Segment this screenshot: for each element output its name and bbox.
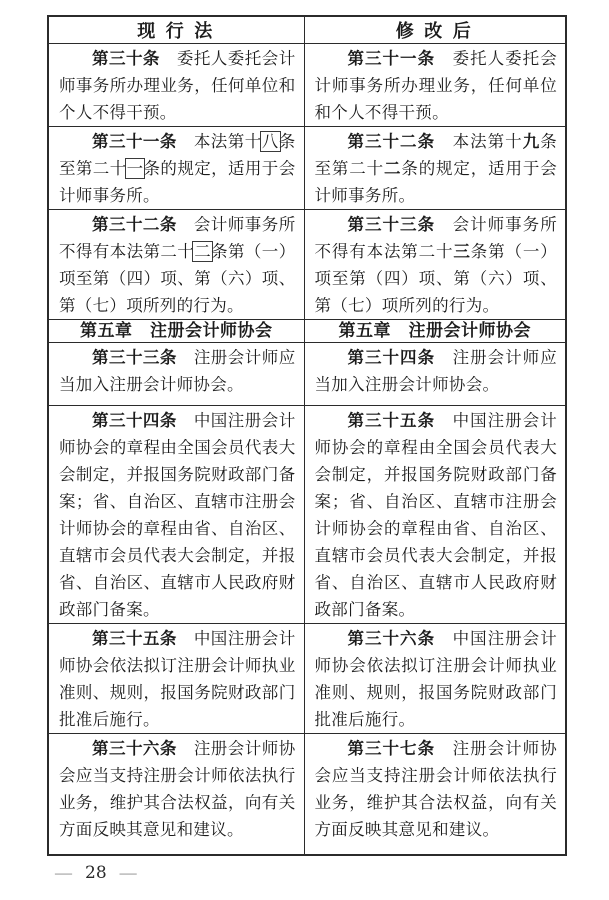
article-text: 第三十一条 本法第十八条至第二十一条的规定，适用于会计师事务所。 [59, 128, 296, 209]
article-text: 第三十五条 中国注册会计师协会依法拟订注册会计师执业准则、规则，报国务院财政部门… [59, 625, 296, 733]
article-cell-right: 第三十六条 中国注册会计师协会依法拟订注册会计师执业准则、规则，报国务院财政部门… [304, 624, 566, 734]
page-footer: — 28 — [55, 863, 137, 883]
footer-right-dash: — [120, 863, 137, 883]
emphasis-text: 第三十二条 [348, 132, 436, 151]
article-row: 第三十条 委托人委托会计师事务所办理业务，任何单位和个人不得干预。第三十一条 委… [48, 44, 566, 127]
article-row: 第三十五条 中国注册会计师协会依法拟订注册会计师执业准则、规则，报国务院财政部门… [48, 624, 566, 734]
article-cell-right: 第三十五条 中国注册会计师协会的章程由全国会员代表大会制定，并报国务院财政部门备… [304, 406, 566, 624]
article-text: 第三十二条 本法第十九条至第二十二条的规定，适用于会计师事务所。 [315, 128, 558, 209]
article-text: 第三十一条 委托人委托会计师事务所办理业务，任何单位和个人不得干预。 [315, 45, 558, 126]
footer-left-dash: — [55, 863, 72, 883]
emphasis-text: 第三十五条 [348, 411, 436, 430]
article-cell-right: 第三十三条 会计师事务所不得有本法第二十三条第（一）项至第（四）项、第（六）项、… [304, 210, 566, 320]
article-text: 第三十四条 注册会计师应当加入注册会计师协会。 [315, 344, 558, 398]
article-cell-left: 第三十四条 中国注册会计师协会的章程由全国会员代表大会制定，并报国务院财政部门备… [48, 406, 304, 624]
article-text: 第三十四条 中国注册会计师协会的章程由全国会员代表大会制定，并报国务院财政部门备… [59, 407, 296, 623]
law-comparison-table: 现 行 法 修 改 后 第三十条 委托人委托会计师事务所办理业务，任何单位和个人… [47, 15, 567, 856]
body-text: 本法第十 [435, 132, 523, 151]
emphasis-text: 第五章 注册会计师协会 [80, 321, 273, 340]
emphasis-text: 第五章 注册会计师协会 [339, 321, 532, 340]
article-text: 第三十二条 会计师事务所不得有本法第二十二条第（一）项至第（四）项、第（六）项、… [59, 211, 296, 319]
article-row: 第三十四条 中国注册会计师协会的章程由全国会员代表大会制定，并报国务院财政部门备… [48, 406, 566, 624]
article-row: 第三十二条 会计师事务所不得有本法第二十二条第（一）项至第（四）项、第（六）项、… [48, 210, 566, 320]
article-cell-right: 第三十四条 注册会计师应当加入注册会计师协会。 [304, 343, 566, 406]
chapter-heading: 第五章 注册会计师协会 [49, 320, 304, 341]
emphasis-text: 第三十三条 [348, 215, 436, 234]
article-cell-left: 第三十六条 注册会计师协会应当支持注册会计师依法执行业务，维护其合法权益，向有关… [48, 734, 304, 855]
chapter-cell-left: 第五章 注册会计师协会 [48, 320, 304, 343]
column-header-amended: 修 改 后 [304, 16, 566, 44]
body-text: 中国注册会计师协会的章程由全国会员代表大会制定，并报国务院财政部门备案；省、自治… [315, 411, 558, 619]
document-page: 现 行 法 修 改 后 第三十条 委托人委托会计师事务所办理业务，任何单位和个人… [0, 0, 609, 900]
article-cell-left: 第三十一条 本法第十八条至第二十一条的规定，适用于会计师事务所。 [48, 127, 304, 210]
article-row: 第三十六条 注册会计师协会应当支持注册会计师依法执行业务，维护其合法权益，向有关… [48, 734, 566, 855]
emphasis-text: 第三十四条 [348, 348, 436, 367]
emphasis-text: 第三十三条 [92, 348, 177, 367]
emphasis-text: 九 [523, 132, 541, 151]
article-cell-right: 第三十七条 注册会计师协会应当支持注册会计师依法执行业务，维护其合法权益，向有关… [304, 734, 566, 855]
article-cell-left: 第三十条 委托人委托会计师事务所办理业务，任何单位和个人不得干预。 [48, 44, 304, 127]
chapter-row: 第五章 注册会计师协会第五章 注册会计师协会 [48, 320, 566, 343]
article-text: 第三十三条 会计师事务所不得有本法第二十三条第（一）项至第（四）项、第（六）项、… [315, 211, 558, 319]
article-text: 第三十六条 注册会计师协会应当支持注册会计师依法执行业务，维护其合法权益，向有关… [59, 735, 296, 843]
article-text: 第三十三条 注册会计师应当加入注册会计师协会。 [59, 344, 296, 398]
column-header-current-law: 现 行 法 [48, 16, 304, 44]
emphasis-text: 第三十二条 [92, 215, 177, 234]
article-cell-right: 第三十二条 本法第十九条至第二十二条的规定，适用于会计师事务所。 [304, 127, 566, 210]
chapter-heading: 第五章 注册会计师协会 [305, 320, 566, 341]
emphasis-text: 第三十六条 [348, 629, 436, 648]
emphasis-text: 第三十六条 [92, 739, 177, 758]
chapter-cell-right: 第五章 注册会计师协会 [304, 320, 566, 343]
article-row: 第三十一条 本法第十八条至第二十一条的规定，适用于会计师事务所。第三十二条 本法… [48, 127, 566, 210]
deleted-character-box: 八 [260, 131, 281, 152]
table-body: 第三十条 委托人委托会计师事务所办理业务，任何单位和个人不得干预。第三十一条 委… [48, 44, 566, 855]
emphasis-text: 第三十五条 [92, 629, 177, 648]
body-text: 中国注册会计师协会的章程由全国会员代表大会制定，并报国务院财政部门备案；省、自治… [59, 411, 296, 619]
article-row: 第三十三条 注册会计师应当加入注册会计师协会。第三十四条 注册会计师应当加入注册… [48, 343, 566, 406]
article-text: 第三十六条 中国注册会计师协会依法拟订注册会计师执业准则、规则，报国务院财政部门… [315, 625, 558, 733]
article-cell-left: 第三十五条 中国注册会计师协会依法拟订注册会计师执业准则、规则，报国务院财政部门… [48, 624, 304, 734]
emphasis-text: 第三十条 [92, 49, 160, 68]
emphasis-text: 第三十四条 [92, 411, 177, 430]
article-text: 第三十七条 注册会计师协会应当支持注册会计师依法执行业务，维护其合法权益，向有关… [315, 735, 558, 843]
article-cell-left: 第三十二条 会计师事务所不得有本法第二十二条第（一）项至第（四）项、第（六）项、… [48, 210, 304, 320]
emphasis-text: 第三十一条 [92, 132, 177, 151]
article-cell-right: 第三十一条 委托人委托会计师事务所办理业务，任何单位和个人不得干预。 [304, 44, 566, 127]
article-text: 第三十五条 中国注册会计师协会的章程由全国会员代表大会制定，并报国务院财政部门备… [315, 407, 558, 623]
body-text: 本法第十 [177, 132, 262, 151]
table-header-row: 现 行 法 修 改 后 [48, 16, 566, 44]
emphasis-text: 三 [453, 242, 470, 261]
emphasis-text: 第三十七条 [348, 739, 436, 758]
article-cell-left: 第三十三条 注册会计师应当加入注册会计师协会。 [48, 343, 304, 406]
emphasis-text: 二 [384, 159, 401, 178]
deleted-character-box: 二 [192, 241, 213, 262]
article-text: 第三十条 委托人委托会计师事务所办理业务，任何单位和个人不得干预。 [59, 45, 296, 126]
page-number: 28 [85, 863, 107, 883]
emphasis-text: 第三十一条 [348, 49, 436, 68]
